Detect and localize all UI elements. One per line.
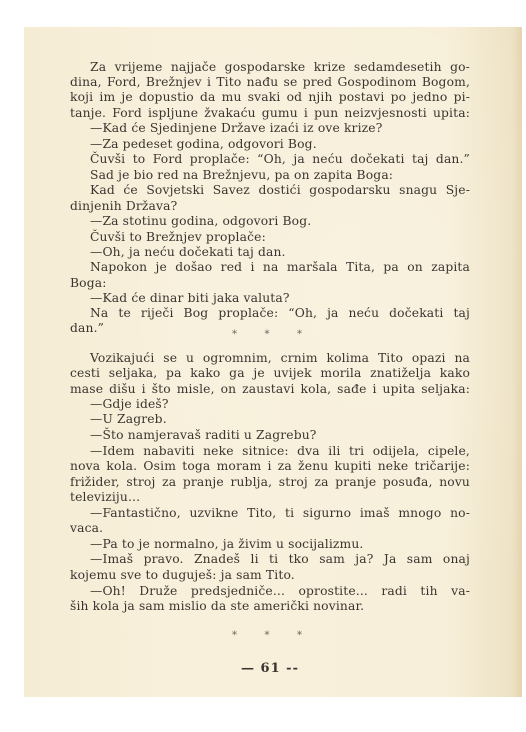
text-line: —Oh! Druže predsjedniče... oprostite... … — [90, 584, 470, 599]
text-line: Čuvši to Brežnjev proplače: — [90, 230, 470, 245]
text-line: —Imaš pravo. Znadeš li ti tko sam ja? Ja… — [90, 552, 470, 567]
section-separator: * * * — [232, 329, 302, 339]
asterisk-icon: * — [297, 329, 302, 340]
text-line: —Fantastično, uzvikne Tito, ti sigurno i… — [90, 506, 470, 521]
text-line: koji im je dopustio da mu svaki od njih … — [70, 90, 470, 105]
text-line: dina, Ford, Brežnjev i Tito nađu se pred… — [70, 75, 470, 90]
text-line: —Pa to je normalno, ja živim u socijaliz… — [90, 537, 470, 552]
text-line: tanje. Ford ispljune žvakaću gumu i pun … — [70, 106, 470, 121]
text-line: dinjenih Država? — [70, 199, 470, 214]
text-line: Kad će Sovjetski Savez dostići gospodars… — [90, 183, 470, 198]
text-line: —Za stotinu godina, odgovori Bog. — [90, 214, 470, 229]
text-line: —Kad će dinar biti jaka valuta? — [90, 291, 470, 306]
text-line: cesti seljaka, pa kako ga je uvijek mori… — [70, 366, 470, 381]
text-line: —Što namjeravaš raditi u Zagrebu? — [90, 428, 470, 443]
text-line: Napokon je došao red i na maršala Tita, … — [90, 260, 470, 275]
asterisk-icon: * — [265, 630, 270, 641]
text-line: —Kad će Sjedinjene Države izaći iz ove k… — [90, 121, 470, 136]
asterisk-icon: * — [265, 329, 270, 340]
text-line: —Za pedeset godina, odgovori Bog. — [90, 137, 470, 152]
text-line: Sad je bio red na Brežnjevu, pa on zapit… — [90, 168, 470, 183]
text-line: —Oh, ja neću dočekati taj dan. — [90, 245, 470, 260]
text-line: —U Zagreb. — [90, 412, 470, 427]
text-line: —Idem nabaviti neke sitnice: dva ili tri… — [90, 444, 470, 459]
asterisk-icon: * — [232, 630, 237, 641]
text-line: televiziju... — [70, 490, 470, 505]
page-number: — 61 -- — [200, 661, 340, 676]
text-line: Čuvši to Ford proplače: “Oh, ja neću doč… — [90, 152, 470, 167]
text-line: kojemu sve to duguješ: ja sam Tito. — [70, 568, 470, 583]
text-line: —Gdje ideš? — [90, 397, 470, 412]
text-line: Na te riječi Bog proplače: “Oh, ja neću … — [90, 306, 470, 321]
text-line: vaca. — [70, 521, 470, 536]
text-line: Boga: — [70, 276, 470, 291]
text-line: ših kola ja sam mislio da ste američki n… — [70, 599, 470, 614]
text-line: mase dišu i što misle, on zaustavi kola,… — [70, 382, 470, 397]
text-line: Vozikajući se u ogromnim, crnim kolima T… — [90, 351, 470, 366]
text-line: nova kola. Osim toga moram i za ženu kup… — [70, 459, 470, 474]
text-line: frižider, stroj za pranje rublja, stroj … — [70, 475, 470, 490]
asterisk-icon: * — [232, 329, 237, 340]
asterisk-icon: * — [297, 630, 302, 641]
section-separator-end: * * * — [232, 630, 302, 640]
text-line: Za vrijeme najjače gospodarske krize sed… — [90, 60, 470, 75]
